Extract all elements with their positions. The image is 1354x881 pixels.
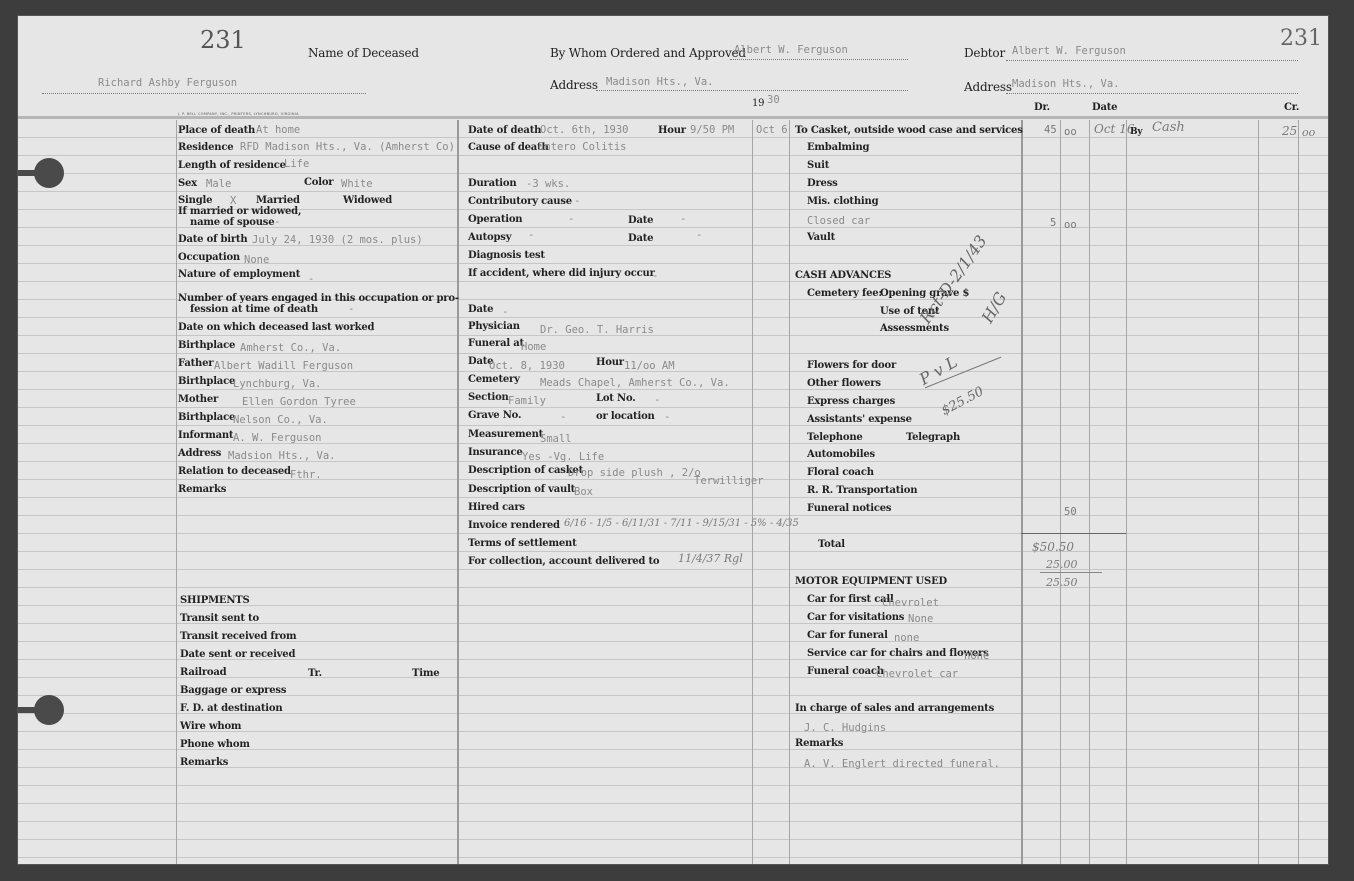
informant-label: Informant <box>178 430 233 441</box>
debtor-label: Debtor <box>964 46 1005 60</box>
color-label: Color <box>304 177 333 188</box>
location-value: - <box>664 411 670 423</box>
card-number-stamped: 231 <box>1280 26 1322 51</box>
funeral-hour-label: Hour <box>596 357 624 368</box>
cause-of-death-value: Entero Colitis <box>538 141 627 153</box>
balance-rule <box>1040 572 1102 573</box>
terms-label: Terms of settlement <box>468 538 577 549</box>
wire-whom-label: Wire whom <box>180 721 241 732</box>
railroad-label: Railroad <box>180 667 226 678</box>
insurance-label: Insurance <box>468 447 523 458</box>
balance-due: 25.50 <box>1046 576 1078 589</box>
duration-value: -3 wks. <box>526 178 570 190</box>
rr-transportation-label: R. R. Transportation <box>807 485 917 496</box>
spouse-value: - <box>274 216 280 228</box>
operation-value: - <box>568 213 574 225</box>
mother-birthplace-label: Birthplace <box>178 412 235 423</box>
cemetery-fee-label: Cemetery fee: <box>807 288 882 299</box>
invoice-rendered-value: 6/16 - 1/5 - 6/11/31 - 7/11 - 9/15/31 - … <box>564 518 799 529</box>
funeral-notices-cents: 50 <box>1064 506 1077 518</box>
vault-value: Box <box>574 486 593 498</box>
fd-destination-label: F. D. at destination <box>180 703 282 714</box>
funeral-at-value: Home <box>521 341 546 353</box>
column-divider <box>1021 120 1023 864</box>
funeral-date-value: Oct. 8, 1930 <box>489 360 565 372</box>
closed-car-dr-cents: oo <box>1064 219 1077 231</box>
grave-label: Grave No. <box>468 410 521 421</box>
header-divider <box>18 116 1328 119</box>
debtor-address-label: Address <box>964 80 1012 94</box>
service-car-value: none <box>964 650 989 662</box>
telegraph-label: Telegraph <box>906 432 960 443</box>
address-value: Madison Hts., Va. <box>606 76 713 88</box>
underline <box>42 93 366 94</box>
assessments-label: Assessments <box>880 323 949 334</box>
contributory-cause-value: - <box>574 195 580 207</box>
collection-value: 11/4/37 Rgl <box>678 552 743 565</box>
charge-item-dress: Dress <box>807 178 838 189</box>
ordered-by-value: Albert W. Ferguson <box>734 44 848 56</box>
operation-date-label: Date <box>628 215 653 226</box>
total-label: Total <box>818 539 845 550</box>
casket-label: Description of casket <box>468 465 583 476</box>
date-label: Date <box>468 304 493 315</box>
column-divider <box>1089 120 1090 864</box>
occupation-label: Occupation <box>178 252 240 263</box>
phone-whom-label: Phone whom <box>180 739 250 750</box>
credit-date: Oct 16 <box>1094 122 1134 136</box>
mother-birthplace-value: Nelson Co., Va. <box>233 414 328 426</box>
debtor-address-value: Madison Hts., Va. <box>1012 78 1119 90</box>
spouse-label-line1: If married or widowed, <box>178 206 301 217</box>
occupation-value: None <box>244 254 269 266</box>
hour-value: 9/50 PM <box>690 124 734 136</box>
date-value: - <box>502 306 508 318</box>
cr-column-header: Cr. <box>1284 102 1299 113</box>
train-label: Tr. <box>308 668 322 679</box>
column-divider <box>1060 120 1061 864</box>
length-of-residence-label: Length of residence <box>178 160 286 171</box>
charge-item-embalming: Embalming <box>807 142 869 153</box>
accident-value: - <box>652 270 658 282</box>
contributory-cause-label: Contributory cause <box>468 196 572 207</box>
motor-equipment-title: MOTOR EQUIPMENT USED <box>795 576 947 587</box>
sex-label: Sex <box>178 178 197 189</box>
flowers-for-door-label: Flowers for door <box>807 360 896 371</box>
collection-label: For collection, account delivered to <box>468 556 659 567</box>
length-of-residence-value: Life <box>284 158 309 170</box>
total-amount: $50.50 <box>1032 540 1074 554</box>
column-divider <box>176 120 177 864</box>
credit-description: Cash <box>1152 120 1185 135</box>
color-value: White <box>341 178 373 190</box>
father-value: Albert Wadill Ferguson <box>214 360 353 372</box>
ordered-by-label: By Whom Ordered and Approved <box>550 46 746 60</box>
vault-label: Description of vault <box>468 484 575 495</box>
casket-dr-dollars: 45 <box>1044 124 1057 136</box>
funeral-car-label: Car for funeral <box>807 630 888 641</box>
nature-of-employment-value: - <box>308 273 314 285</box>
autopsy-label: Autopsy <box>468 232 511 243</box>
deceased-name: Richard Ashby Ferguson <box>98 77 237 89</box>
cemetery-value: Meads Chapel, Amherst Co., Va. <box>540 377 730 389</box>
automobiles-label: Automobiles <box>807 449 875 460</box>
card-number-handwritten: 231 <box>200 26 246 54</box>
date-of-birth-value: July 24, 1930 (2 mos. plus) <box>252 234 423 246</box>
residence-label: Residence <box>178 142 233 153</box>
cause-of-death-label: Cause of death <box>468 142 549 153</box>
binder-hole <box>34 158 64 188</box>
column-divider <box>789 120 790 864</box>
amount-paid: 25.00 <box>1046 558 1078 571</box>
in-charge-label: In charge of sales and arrangements <box>795 703 994 714</box>
column-divider <box>457 120 459 864</box>
telephone-label: Telephone <box>807 432 863 443</box>
informant-address-value: Madsion Hts., Va. <box>228 450 335 462</box>
first-call-label: Car for first call <box>807 594 894 605</box>
visitations-value: None <box>908 613 933 625</box>
father-birthplace-value: Lynchburg, Va. <box>233 378 322 390</box>
autopsy-date-value: - <box>696 229 702 241</box>
single-label: Single <box>178 195 212 206</box>
funeral-coach-label: Funeral coach <box>807 666 884 677</box>
debtor-value: Albert W. Ferguson <box>1012 45 1126 57</box>
casket-dr-cents: oo <box>1064 126 1077 138</box>
residence-value: RFD Madison Hts., Va. (Amherst Co) <box>240 141 455 153</box>
date-of-death-value: Oct. 6th, 1930 <box>540 124 629 136</box>
other-flowers-label: Other flowers <box>807 378 881 389</box>
duration-label: Duration <box>468 178 516 189</box>
credit-dollars: 25 <box>1282 124 1297 138</box>
place-of-death-label: Place of death <box>178 125 255 136</box>
measurement-label: Measurement <box>468 429 543 440</box>
place-of-death-value: At home <box>256 124 300 136</box>
diagnosis-test-value: - <box>526 250 532 262</box>
floral-coach-label: Floral coach <box>807 467 874 478</box>
physician-value: Dr. Geo. T. Harris <box>540 324 654 336</box>
year-suffix: 30 <box>767 94 780 106</box>
column-divider <box>1258 120 1259 864</box>
date-column-header: Date <box>1092 102 1117 113</box>
funeral-coach-value: Chevrolet car <box>876 668 958 680</box>
birthplace-value: Amherst Co., Va. <box>240 342 341 354</box>
in-charge-value: J. C. Hudgins <box>804 722 886 734</box>
hour-label: Hour <box>658 125 686 136</box>
shipments-remarks-label: Remarks <box>180 757 228 768</box>
years-engaged-label-line1: Number of years engaged in this occupati… <box>178 293 459 304</box>
measurement-value: Small <box>540 433 572 445</box>
grave-value: - <box>560 411 566 423</box>
first-call-value: Chevrolet <box>882 597 939 609</box>
credit-by-label: By <box>1130 127 1142 137</box>
motor-remarks-label: Remarks <box>795 738 843 749</box>
entry-date: Oct 6 <box>756 124 788 136</box>
last-worked-value: - <box>368 324 374 336</box>
years-engaged-label-line2: fession at time of death <box>190 304 318 315</box>
transit-sent-label: Transit sent to <box>180 613 259 624</box>
address-label: Address <box>550 78 598 92</box>
underline <box>596 90 908 91</box>
funeral-notices-label: Funeral notices <box>807 503 891 514</box>
hired-cars-label: Hired cars <box>468 502 525 513</box>
year-prefix: 19 <box>752 98 764 109</box>
sex-value: Male <box>206 178 231 190</box>
service-car-label: Service car for chairs and flowers <box>807 648 989 659</box>
underline <box>1006 93 1298 94</box>
charge-item-suit: Suit <box>807 160 829 171</box>
underline <box>1006 60 1298 61</box>
funeral-at-label: Funeral at <box>468 338 524 349</box>
birthplace-label: Birthplace <box>178 340 235 351</box>
mother-label: Mother <box>178 394 218 405</box>
casket-value-maker: Terwilliger <box>694 475 764 487</box>
informant-value: A. W. Ferguson <box>233 432 322 444</box>
autopsy-date-label: Date <box>628 233 653 244</box>
invoice-rendered-label: Invoice rendered <box>468 520 560 531</box>
motor-remarks-value: A. V. Englert directed funeral. <box>804 758 1000 770</box>
binder-hole <box>34 695 64 725</box>
operation-date-value: - <box>680 213 686 225</box>
lot-value: - <box>654 394 660 406</box>
physician-label: Physician <box>468 321 520 332</box>
date-of-death-label: Date of death <box>468 125 541 136</box>
lot-label: Lot No. <box>596 393 636 404</box>
accident-label: If accident, where did injury occur <box>468 268 655 279</box>
time-label: Time <box>412 668 439 679</box>
funeral-car-value: none <box>894 632 919 644</box>
funeral-hour-value: 11/oo AM <box>624 360 675 372</box>
transit-received-label: Transit received from <box>180 631 296 642</box>
visitations-label: Car for visitations <box>807 612 904 623</box>
total-rule <box>1021 533 1126 534</box>
name-of-deceased-label: Name of Deceased <box>308 46 419 60</box>
father-label: Father <box>178 358 213 369</box>
printer-imprint: J. P. BELL COMPANY, INC., PRINTERS, LYNC… <box>178 112 299 116</box>
nature-of-employment-label: Nature of employment <box>178 269 300 280</box>
location-label: or location <box>596 411 655 422</box>
spouse-label-line2: name of spouse <box>190 217 274 228</box>
last-worked-label: Date on which deceased last worked <box>178 322 374 333</box>
widowed-label: Widowed <box>343 195 392 206</box>
shipments-title: SHIPMENTS <box>180 595 250 606</box>
assistants-expense-label: Assistants' expense <box>807 414 912 425</box>
section-value: Family <box>508 395 546 407</box>
relation-value: Fthr. <box>290 469 322 481</box>
date-of-birth-label: Date of birth <box>178 234 247 245</box>
date-sent-label: Date sent or received <box>180 649 295 660</box>
informant-address-label: Address <box>178 448 221 459</box>
charge-item-casket: To Casket, outside wood case and service… <box>795 125 1023 136</box>
column-divider <box>1126 120 1127 864</box>
column-divider <box>752 120 753 864</box>
closed-car-dr-dollars: 5 <box>1050 217 1056 229</box>
baggage-label: Baggage or express <box>180 685 286 696</box>
column-divider <box>1298 120 1299 864</box>
operation-label: Operation <box>468 214 522 225</box>
years-engaged-value: - <box>348 303 354 315</box>
cemetery-label: Cemetery <box>468 374 520 385</box>
autopsy-value: - <box>528 229 534 241</box>
insurance-value: Yes -Vg. Life <box>522 451 604 463</box>
charge-item-closed-car: Closed car <box>807 215 870 227</box>
diagnosis-test-label: Diagnosis test <box>468 250 545 261</box>
funeral-record-card: 231 231 Name of Deceased Richard Ashby F… <box>18 16 1328 864</box>
mother-value: Ellen Gordon Tyree <box>242 396 356 408</box>
section-label: Section <box>468 392 509 403</box>
express-charges-label: Express charges <box>807 396 895 407</box>
relation-label: Relation to deceased <box>178 466 291 477</box>
remarks-label: Remarks <box>178 484 226 495</box>
underline <box>730 59 908 60</box>
married-label: Married <box>256 195 300 206</box>
cash-advances-title: CASH ADVANCES <box>795 270 891 281</box>
charge-item-misc-clothing: Mis. clothing <box>807 196 878 207</box>
casket-value: Drop side plush , 2/o <box>568 467 701 479</box>
credit-cents: oo <box>1302 126 1315 139</box>
father-birthplace-label: Birthplace <box>178 376 235 387</box>
dr-column-header: Dr. <box>1034 102 1050 113</box>
charge-item-vault: Vault <box>807 232 835 243</box>
